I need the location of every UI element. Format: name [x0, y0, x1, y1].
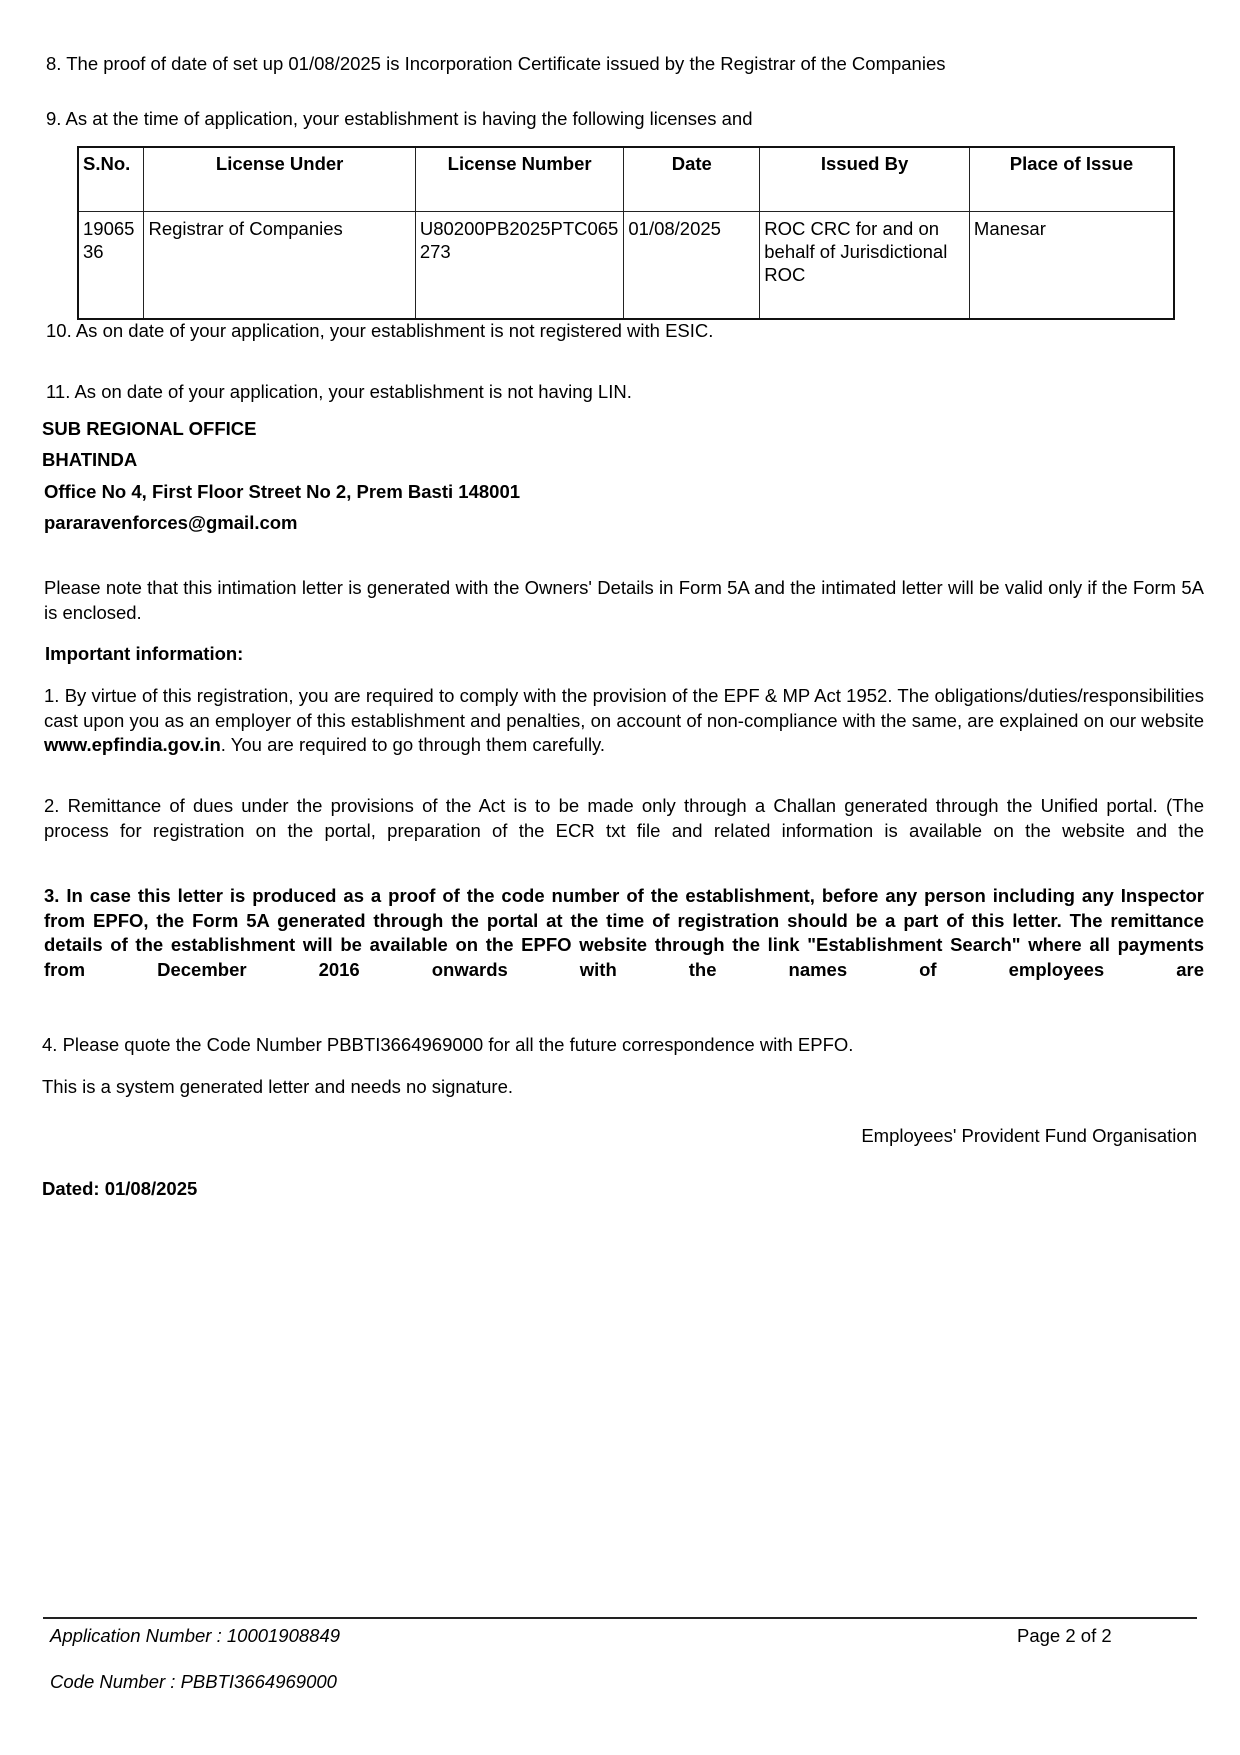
signatory: Employees' Provident Fund Organisation	[861, 1125, 1197, 1147]
cell-issued-by: ROC CRC for and on behalf of Jurisdictio…	[760, 212, 970, 320]
system-generated-note: This is a system generated letter and ne…	[42, 1076, 513, 1098]
important-point-4: 4. Please quote the Code Number PBBTI366…	[42, 1034, 853, 1056]
item-10-text: 10. As on date of your application, your…	[46, 320, 713, 342]
header-date: Date	[624, 147, 760, 212]
cell-license-number: U80200PB2025PTC065273	[415, 212, 624, 320]
important-point-1: 1. By virtue of this registration, you a…	[44, 684, 1204, 758]
item-8-text: 8. The proof of date of set up 01/08/202…	[46, 53, 946, 75]
footer-application-number: Application Number : 10001908849	[50, 1625, 340, 1647]
point-1-text-a: 1. By virtue of this registration, you a…	[44, 685, 1204, 731]
table-row: 1906536 Registrar of Companies U80200PB2…	[78, 212, 1174, 320]
header-sno: S.No.	[78, 147, 144, 212]
office-address: Office No 4, First Floor Street No 2, Pr…	[44, 481, 520, 503]
epf-website-link[interactable]: www.epfindia.gov.in	[44, 734, 221, 755]
header-license-under: License Under	[144, 147, 415, 212]
license-table-header: S.No. License Under License Number Date …	[78, 147, 1174, 212]
item-11-text: 11. As on date of your application, your…	[46, 381, 632, 403]
cell-date: 01/08/2025	[624, 212, 760, 320]
office-email: pararavenforces@gmail.com	[44, 512, 298, 534]
office-name: SUB REGIONAL OFFICE	[42, 418, 256, 440]
important-point-2: 2. Remittance of dues under the provisio…	[44, 794, 1204, 843]
footer-divider	[43, 1617, 1197, 1619]
form-5a-note: Please note that this intimation letter …	[44, 576, 1204, 625]
header-license-number: License Number	[415, 147, 624, 212]
important-heading: Important information:	[45, 643, 243, 665]
header-issued-by: Issued By	[760, 147, 970, 212]
license-table: S.No. License Under License Number Date …	[77, 146, 1175, 320]
footer-page-number: Page 2 of 2	[1017, 1625, 1112, 1647]
dated: Dated: 01/08/2025	[42, 1178, 197, 1200]
office-city: BHATINDA	[42, 449, 137, 471]
item-9-text: 9. As at the time of application, your e…	[46, 108, 753, 130]
cell-license-under: Registrar of Companies	[144, 212, 415, 320]
footer-code-number: Code Number : PBBTI3664969000	[50, 1671, 337, 1693]
header-place-of-issue: Place of Issue	[969, 147, 1174, 212]
cell-sno: 1906536	[78, 212, 144, 320]
important-point-3: 3. In case this letter is produced as a …	[44, 884, 1204, 982]
cell-place-of-issue: Manesar	[969, 212, 1174, 320]
point-1-text-b: . You are required to go through them ca…	[221, 734, 605, 755]
